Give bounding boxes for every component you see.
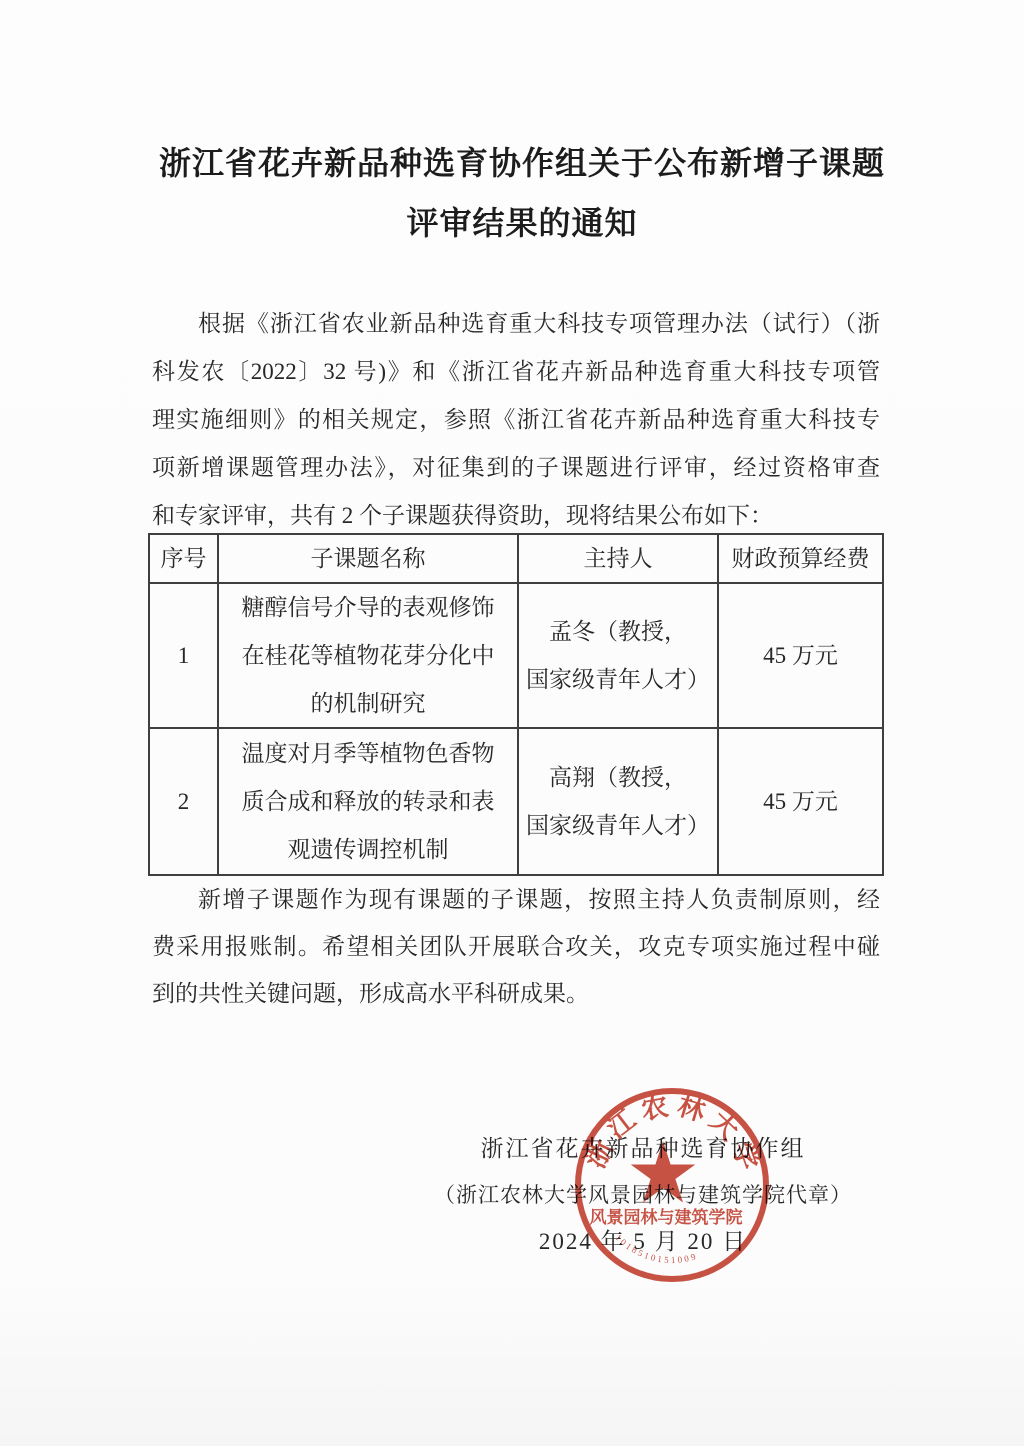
table-cell-row1-no: 1 [150, 584, 219, 729]
paragraph-line: 项新增课题管理办法》，对征集到的子课题进行评审，经过资格审查 [152, 444, 880, 492]
table-cell-row2-budget: 45 万元 [719, 729, 882, 874]
table-cell-row2-leader: 高翔（教授， 国家级青年人才） [519, 729, 719, 874]
table-header-budget: 财政预算经费 [719, 535, 882, 584]
stamp-star-icon [631, 1141, 696, 1203]
doc-title-line1: 浙江省花卉新品种选育协作组关于公布新增子课题 [20, 138, 1024, 184]
doc-title-line2: 评审结果的通知 [20, 198, 1024, 244]
results-table: 序号 子课题名称 主持人 财政预算经费 1 糖醇信号介导的表观修饰 在桂花等植物… [148, 533, 884, 876]
paragraph-line: 根据《浙江省农业新品种选育重大科技专项管理办法（试行）（浙 [152, 300, 880, 348]
paragraph-line: 费采用报账制。希望相关团队开展联合攻关，攻克专项实施过程中碰 [152, 923, 880, 970]
paragraph-line: 到的共性关键问题，形成高水平科研成果。 [152, 970, 880, 1017]
intro-paragraph: 根据《浙江省农业新品种选育重大科技专项管理办法（试行）（浙 科发农〔2022〕3… [152, 300, 880, 540]
table-cell-row2-no: 2 [150, 729, 219, 874]
notice-document-page: 浙江省花卉新品种选育协作组关于公布新增子课题 评审结果的通知 根据《浙江省农业新… [0, 0, 1024, 1446]
stamp-serial-text: 1018510151009 [613, 1232, 699, 1265]
stamp-college-text: 风景园林与建筑学院 [590, 1207, 743, 1227]
closing-paragraph: 新增子课题作为现有课题的子课题，按照主持人负责制原则，经 费采用报账制。希望相关… [152, 876, 880, 1017]
paragraph-line: 科发农〔2022〕32 号)》和《浙江省花卉新品种选育重大科技专项管 [152, 348, 880, 396]
table-cell-row2-name: 温度对月季等植物色香物 质合成和释放的转录和表 观遗传调控机制 [219, 729, 519, 874]
svg-text:1018510151009: 1018510151009 [613, 1232, 699, 1265]
table-header-subject-name: 子课题名称 [219, 535, 519, 584]
official-seal-stamp: 浙江农林大学 风景园林与建筑学院 1018510151009 [560, 1075, 785, 1295]
table-header-leader: 主持人 [519, 535, 719, 584]
table-header-no: 序号 [150, 535, 219, 584]
table-cell-row1-name: 糖醇信号介导的表观修饰 在桂花等植物花芽分化中 的机制研究 [219, 584, 519, 729]
table-cell-row1-budget: 45 万元 [719, 584, 882, 729]
paragraph-line: 新增子课题作为现有课题的子课题，按照主持人负责制原则，经 [152, 876, 880, 923]
paragraph-line: 理实施细则》的相关规定，参照《浙江省花卉新品种选育重大科技专 [152, 396, 880, 444]
table-cell-row1-leader: 孟冬（教授， 国家级青年人才） [519, 584, 719, 729]
